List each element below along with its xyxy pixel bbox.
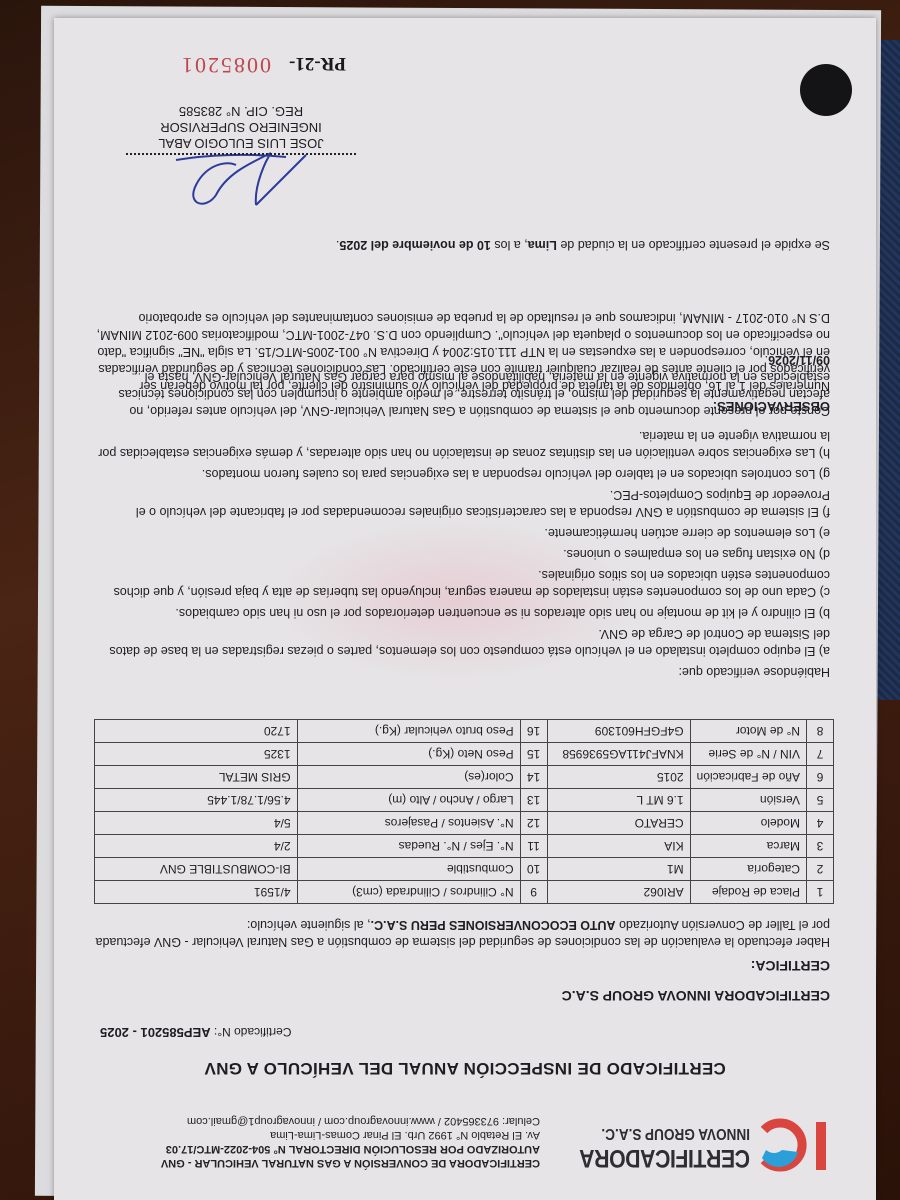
field-value: CERATO (547, 812, 690, 835)
certifica-heading: CERTIFICA: (751, 958, 830, 974)
issuance-city: Lima (528, 238, 557, 252)
punch-hole (800, 64, 852, 116)
verification-item: h) Las exigencias sobre ventilación en l… (94, 427, 830, 461)
table-row: 5Versión1.6 MT L13Largo / Ancho / Alto (… (95, 789, 834, 812)
issuance-date: 10 de noviembre del 2025 (339, 238, 490, 252)
verification-lead: Habiéndose verificado que: (94, 663, 830, 680)
intro-paragraph: Haber efectuado la evaluación de las con… (94, 916, 830, 950)
field-value: 1720 (95, 720, 298, 743)
serial-value: 0085201 (180, 53, 271, 78)
row-number: 6 (807, 766, 834, 789)
field-value: 4.56/1.78/1.445 (95, 789, 298, 812)
verification-section: Habiéndose verificado que: a) El equipo … (94, 347, 830, 680)
field-value: M1 (547, 858, 690, 881)
field-label: N°. Ejes / N°. Ruedas (297, 835, 520, 858)
table-row: 3MarcaKIA11N°. Ejes / N°. Ruedas2/4 (95, 835, 834, 858)
logo-line-1: CERTIFICADORA (580, 1145, 750, 1170)
workshop-name: AUTO ECOCONVERSIONES PERU S.A.C. (371, 918, 616, 932)
row-number: 10 (520, 858, 547, 881)
verification-list: a) El equipo completo instalado en el ve… (94, 427, 830, 659)
field-value: 4/1591 (95, 881, 298, 904)
logo-line-2: INNOVA GROUP S.A.C. (580, 1125, 750, 1141)
table-row: 1Placa de RodajeARI0629N° Cilindros / Ci… (95, 881, 834, 904)
verification-item: c) Cada uno de los componentes están ins… (94, 566, 830, 600)
signatory: JOSE LUIS EULOGIO ABAL INGENIERO SUPERVI… (126, 103, 356, 155)
field-label: Modelo (690, 812, 806, 835)
field-value: BI-COMBUSTIBLE GNV (95, 858, 298, 881)
issuance-prefix: Se expide el presente certificado en la … (557, 238, 830, 252)
row-number: 1 (807, 881, 834, 904)
field-label: Versión (690, 789, 806, 812)
table-row: 8N° de MotorG4FGFH60130916Peso bruto veh… (95, 720, 834, 743)
field-value: KNAFJ411AG5936958 (547, 743, 690, 766)
company-logo: CERTIFICADORA INNOVA GROUP S.A.C. (600, 1114, 830, 1176)
row-number: 2 (807, 858, 834, 881)
field-value: 2015 (547, 766, 690, 789)
issuance-suffix: . (336, 238, 339, 252)
letterhead-address: Av. El Retablo N° 1992 Urb. El Pinar Com… (161, 1128, 540, 1142)
verification-item: e) Los elementos de cierre actúen hermét… (94, 524, 830, 541)
table-row: 6Año de Fabricación201514Color(es)GRIS M… (95, 766, 834, 789)
row-number: 14 (520, 766, 547, 789)
field-label: Año de Fabricación (690, 766, 806, 789)
field-label: Peso bruto vehicular (Kg.) (297, 720, 520, 743)
field-value: 1325 (95, 743, 298, 766)
letterhead-line-2: AUTORIZADO POR RESOLUCIÓN DIRECTORAL N° … (161, 1142, 540, 1156)
certificate-number: Certificado N°: AEP585201 - 2025 (100, 1025, 291, 1040)
field-label: Placa de Rodaje (690, 881, 806, 904)
vehicle-data-table: 1Placa de RodajeARI0629N° Cilindros / Ci… (94, 719, 834, 904)
serial-number: PR-21- 0085201 (180, 52, 346, 78)
certificate-sheet: CERTIFICADORA INNOVA GROUP S.A.C. CERTIF… (54, 18, 876, 1200)
field-value: G4FGFH601309 (547, 720, 690, 743)
document-title: CERTIFICADO DE INSPECCIÓN ANUAL DEL VEHÍ… (54, 1058, 876, 1078)
field-value: KIA (547, 835, 690, 858)
field-label: Categoría (690, 858, 806, 881)
issuance-middle: , a los (491, 238, 528, 252)
field-label: VIN / N° de Serie (690, 743, 806, 766)
table-row: 7VIN / N° de SerieKNAFJ411AG593695815Pes… (95, 743, 834, 766)
verification-item: f) El sistema de combustión a GNV respon… (94, 486, 830, 520)
issuance-statement: Se expide el presente certificado en la … (94, 238, 830, 252)
field-value: 1.6 MT L (547, 789, 690, 812)
signatory-name: JOSE LUIS EULOGIO ABAL (126, 135, 356, 151)
field-label: Color(es) (297, 766, 520, 789)
logo-text: CERTIFICADORA INNOVA GROUP S.A.C. (550, 1125, 750, 1170)
signature-line (126, 153, 356, 155)
field-value: GRIS METAL (95, 766, 298, 789)
signatory-role: INGENIERO SUPERVISOR (126, 119, 356, 135)
letterhead-contact: Celular: 973365402 / www.innovagroup.com… (161, 1114, 540, 1128)
ic-logo-icon (754, 1116, 830, 1176)
certificate-number-label: Certificado N°: (214, 1025, 292, 1039)
field-label: N°. Asientos / Pasajeros (297, 812, 520, 835)
verification-item: a) El equipo completo instalado en el ve… (94, 625, 830, 659)
certificate-page: CERTIFICADORA INNOVA GROUP S.A.C. CERTIF… (54, 18, 876, 1200)
row-number: 4 (807, 812, 834, 835)
verification-item: b) El cilindro y el kit de montaje no ha… (94, 604, 830, 621)
field-label: N° de Motor (690, 720, 806, 743)
verification-item: d) No existan fugas en los empalmes o un… (94, 545, 830, 562)
field-label: Marca (690, 835, 806, 858)
signatory-registration: REG. CIP. N° 283585 (126, 103, 356, 119)
signature-scribble-icon (156, 145, 326, 215)
table-row: 2CategoríaM110CombustibleBI-COMBUSTIBLE … (95, 858, 834, 881)
row-number: 9 (520, 881, 547, 904)
row-number: 13 (520, 789, 547, 812)
intro-text-end: , al siguiente vehículo: (247, 918, 371, 932)
observations-paragraph: Numerales del 1 al 16, obtenidos de la t… (94, 309, 830, 394)
row-number: 8 (807, 720, 834, 743)
letterhead-line-1: CERTIFICADORA DE CONVERSIÓN A GAS NATURA… (161, 1156, 540, 1170)
certificate-number-value: AEP585201 - 2025 (100, 1025, 211, 1040)
field-label: Largo / Ancho / Alto (m) (297, 789, 520, 812)
row-number: 11 (520, 835, 547, 858)
observations-text: Numerales del 1 al 16, obtenidos de la t… (94, 309, 830, 394)
letterhead: CERTIFICADORA INNOVA GROUP S.A.C. CERTIF… (94, 1106, 830, 1176)
field-value: ARI062 (547, 881, 690, 904)
field-label: Peso Neto (Kg.) (297, 743, 520, 766)
row-number: 5 (807, 789, 834, 812)
serial-prefix: PR-21- (289, 53, 346, 74)
table-row: 4ModeloCERATO12N°. Asientos / Pasajeros5… (95, 812, 834, 835)
field-label: Combustible (297, 858, 520, 881)
letterhead-info: CERTIFICADORA DE CONVERSIÓN A GAS NATURA… (161, 1114, 540, 1170)
row-number: 7 (807, 743, 834, 766)
field-value: 2/4 (95, 835, 298, 858)
observations-heading: OBSERVACIONES: (713, 399, 830, 414)
row-number: 16 (520, 720, 547, 743)
verification-item: g) Los controles ubicados en el tablero … (94, 465, 830, 482)
issuer-name: CERTIFICADORA INNOVA GROUP S.A.C (562, 988, 830, 1004)
field-value: 5/4 (95, 812, 298, 835)
row-number: 3 (807, 835, 834, 858)
row-number: 12 (520, 812, 547, 835)
row-number: 15 (520, 743, 547, 766)
field-label: N° Cilindros / Cilindrada (cm3) (297, 881, 520, 904)
